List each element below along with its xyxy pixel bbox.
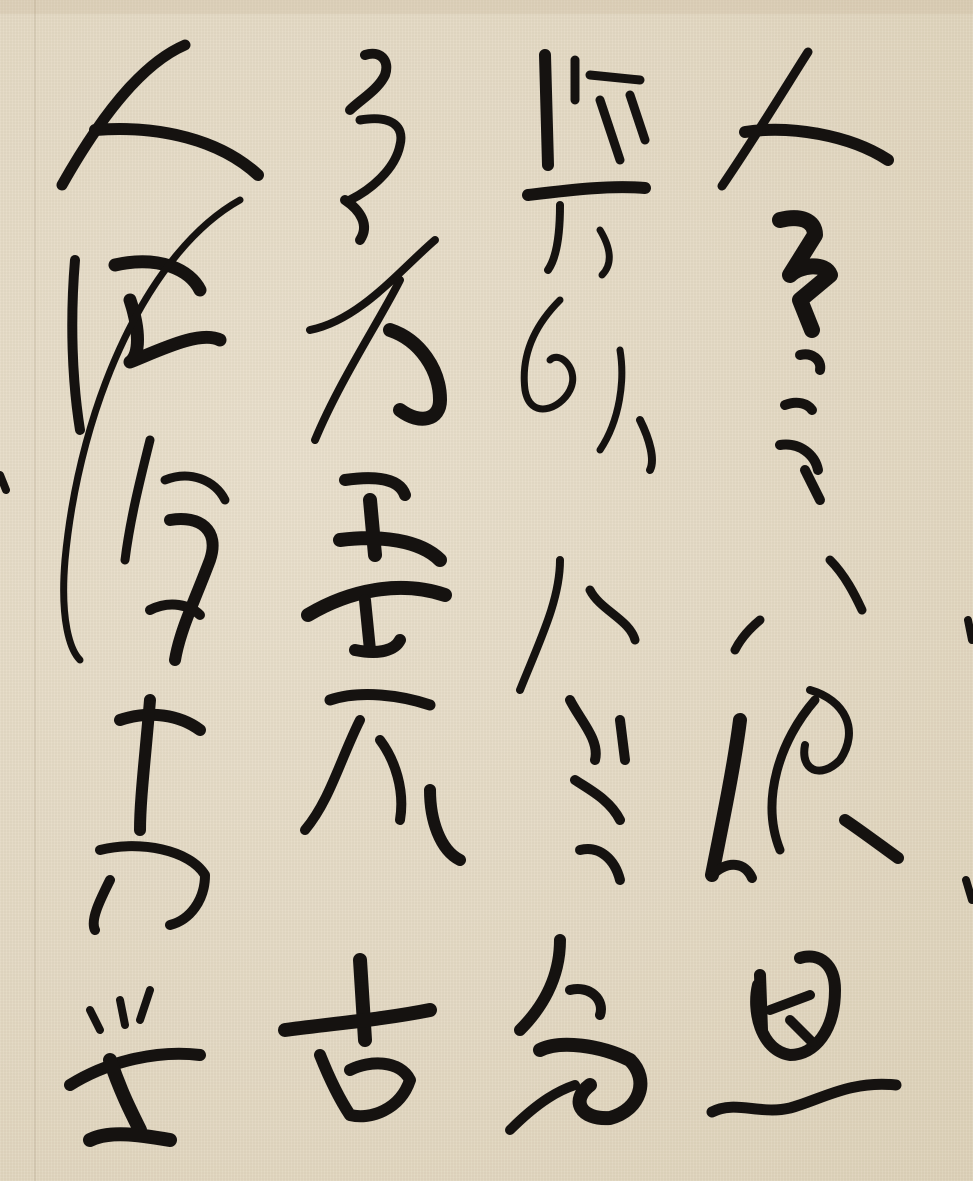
column-3 bbox=[285, 54, 460, 1117]
column-5-fragments bbox=[0, 475, 972, 900]
column-2 bbox=[510, 55, 652, 1130]
calligraphy-strokes bbox=[0, 0, 973, 1181]
column-4 bbox=[62, 45, 258, 1140]
column-1 bbox=[712, 52, 898, 1112]
